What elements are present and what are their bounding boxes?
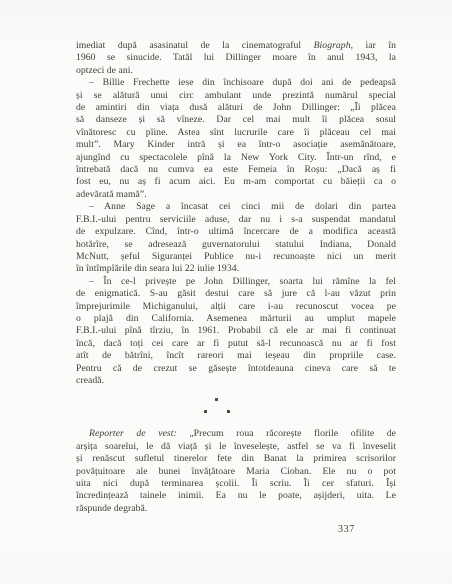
text-line: răspunde degrabă. — [76, 503, 396, 515]
book-page: imediat după asasinatul de la cinematogr… — [0, 0, 452, 584]
paragraph: – În ce-l privește pe John Dillinger, so… — [76, 276, 396, 388]
text-line: povățuitoare ale bunei învățătoare Maria… — [76, 466, 396, 478]
text-segment: F.B.I.-ului pînă tîrziu, în 1961. Probab… — [76, 325, 396, 336]
text-segment: fost eu, nu aș fi acum aici. Eu m-am com… — [76, 176, 396, 187]
asterism-dot-top — [215, 398, 218, 401]
text-segment: creadă. — [76, 375, 104, 386]
text-line: încă, dacă toți cei care ar fi putut să-… — [76, 338, 396, 350]
text-line: vînătoresc cu pîine. Astea sînt lucruril… — [76, 127, 396, 139]
page-text-block: imediat după asasinatul de la cinematogr… — [76, 40, 396, 515]
text-segment: în întîmplările din seara lui 22 iulie 1… — [76, 263, 239, 274]
asterism-dot-right — [227, 410, 230, 413]
text-line: și se alătură unui circ ambulant unde pr… — [76, 90, 396, 102]
text-line: – Anne Sage a încasat cei cinci mii de d… — [76, 201, 396, 213]
text-segment: hotărîre, se adresează guvernatorului st… — [76, 239, 396, 250]
text-line: întrebată dacă nu cumva ea este Femeia î… — [76, 164, 396, 176]
text-line: F.B.I.-ului pentru serviciile aduse, dar… — [76, 214, 396, 226]
text-segment: o plajă din California. Asemenea mărturi… — [76, 313, 396, 324]
text-segment: de enigmatică. S-au găsit destui care să… — [76, 288, 396, 299]
text-line: McNutt, șeful Siguranței Publice nu-i re… — [76, 251, 396, 263]
text-line: mult”. Mary Kinder intră și ea într-o as… — [76, 139, 396, 151]
text-line: – În ce-l privește pe John Dillinger, so… — [76, 276, 396, 288]
text-segment: adevărată mamă”. — [76, 189, 147, 200]
text-segment: împrejurimile Michiganului, alții care i… — [76, 301, 396, 312]
text-segment: de amintiri din viața dusă alături de Jo… — [76, 102, 396, 113]
text-line: Reporter de vest: „Precum roua răcorește… — [76, 428, 396, 440]
text-segment: – Billie Frechette iese din închisoare d… — [89, 77, 396, 88]
text-line: – Billie Frechette iese din închisoare d… — [76, 77, 396, 89]
text-line: Pentru că de crezut se găsește întotdeau… — [76, 363, 396, 375]
text-segment: optzeci de ani. — [76, 65, 133, 76]
text-segment: încă, dacă toți cei care ar fi putut să-… — [76, 338, 396, 349]
text-segment: încredințează tainele inimii. Ea nu le p… — [76, 490, 396, 501]
text-segment: McNutt, șeful Siguranței Publice nu-i re… — [76, 251, 396, 262]
text-segment: 1960 se sinucide. Tatăl lui Dillinger mo… — [76, 52, 396, 63]
text-line: de enigmatică. S-au găsit destui care să… — [76, 288, 396, 300]
text-segment: și se alătură unui circ ambulant unde pr… — [76, 90, 396, 101]
asterism-separator — [76, 396, 396, 416]
text-line: și renăscut sufletul tinerelor fete din … — [76, 453, 396, 465]
text-segment: și renăscut sufletul tinerelor fete din … — [76, 453, 396, 464]
paragraph: – Anne Sage a încasat cei cinci mii de d… — [76, 201, 396, 275]
text-line: imediat după asasinatul de la cinematogr… — [76, 40, 396, 52]
text-segment: ajungînd cu spectacolele pînă la New Yor… — [76, 152, 396, 163]
paragraph: Reporter de vest: „Precum roua răcorește… — [76, 428, 396, 515]
text-segment: atît de bătrîni, încît rareori mai ieșea… — [76, 350, 396, 361]
text-line: uita nici după terminarea școlii. Îi scr… — [76, 478, 396, 490]
text-segment: povățuitoare ale bunei învățătoare Maria… — [76, 466, 396, 477]
text-segment: vînătoresc cu pîine. Astea sînt lucruril… — [76, 127, 396, 138]
text-segment: să danseze și să vîneze. Dar cel mai mul… — [76, 114, 396, 125]
text-segment: arșița soarelui, le dă viață și le înves… — [76, 441, 396, 452]
text-line: optzeci de ani. — [76, 65, 396, 77]
text-segment: F.B.I.-ului pentru serviciile aduse, dar… — [76, 214, 396, 225]
text-line: ajungînd cu spectacolele pînă la New Yor… — [76, 152, 396, 164]
closing-text-section: Reporter de vest: „Precum roua răcorește… — [76, 428, 396, 515]
text-line: atît de bătrîni, încît rareori mai ieșea… — [76, 350, 396, 362]
text-line: fost eu, nu aș fi acum aici. Eu m-am com… — [76, 176, 396, 188]
text-line: F.B.I.-ului pînă tîrziu, în 1961. Probab… — [76, 325, 396, 337]
text-segment: , iar în — [351, 40, 396, 51]
italic-text-segment: Reporter de vest: — [89, 428, 177, 439]
text-line: adevărată mamă”. — [76, 189, 396, 201]
text-segment: întrebată dacă nu cumva ea este Femeia î… — [76, 164, 396, 175]
text-segment: – Anne Sage a încasat cei cinci mii de d… — [89, 201, 396, 212]
text-line: de amintiri din viața dusă alături de Jo… — [76, 102, 396, 114]
italic-text-segment: Biograph — [314, 40, 351, 51]
text-line: o plajă din California. Asemenea mărturi… — [76, 313, 396, 325]
paragraph: – Billie Frechette iese din închisoare d… — [76, 77, 396, 201]
text-segment: de expulzare. Cînd, într-o ultimă încerc… — [76, 226, 396, 237]
text-segment: imediat după asasinatul de la cinematogr… — [76, 40, 314, 51]
text-segment: uita nici după terminarea școlii. Îi scr… — [76, 478, 396, 489]
text-line: creadă. — [76, 375, 396, 387]
text-line: hotărîre, se adresează guvernatorului st… — [76, 239, 396, 251]
text-line: 1960 se sinucide. Tatăl lui Dillinger mo… — [76, 52, 396, 64]
text-segment: – În ce-l privește pe John Dillinger, so… — [89, 276, 396, 287]
main-text-section: imediat după asasinatul de la cinematogr… — [76, 40, 396, 387]
text-line: de expulzare. Cînd, într-o ultimă încerc… — [76, 226, 396, 238]
text-line: în întîmplările din seara lui 22 iulie 1… — [76, 263, 396, 275]
text-line: arșița soarelui, le dă viață și le înves… — [76, 441, 396, 453]
text-segment: „Precum roua răcorește florile ofilite d… — [177, 428, 396, 439]
text-line: încredințează tainele inimii. Ea nu le p… — [76, 490, 396, 502]
page-number: 337 — [338, 524, 355, 535]
text-segment: Pentru că de crezut se găsește întotdeau… — [76, 363, 396, 374]
text-line: împrejurimile Michiganului, alții care i… — [76, 301, 396, 313]
text-segment: mult”. Mary Kinder intră și ea într-o as… — [76, 139, 396, 150]
paragraph: imediat după asasinatul de la cinematogr… — [76, 40, 396, 77]
asterism-dot-left — [204, 410, 207, 413]
text-line: să danseze și să vîneze. Dar cel mai mul… — [76, 114, 396, 126]
text-segment: răspunde degrabă. — [76, 503, 147, 514]
